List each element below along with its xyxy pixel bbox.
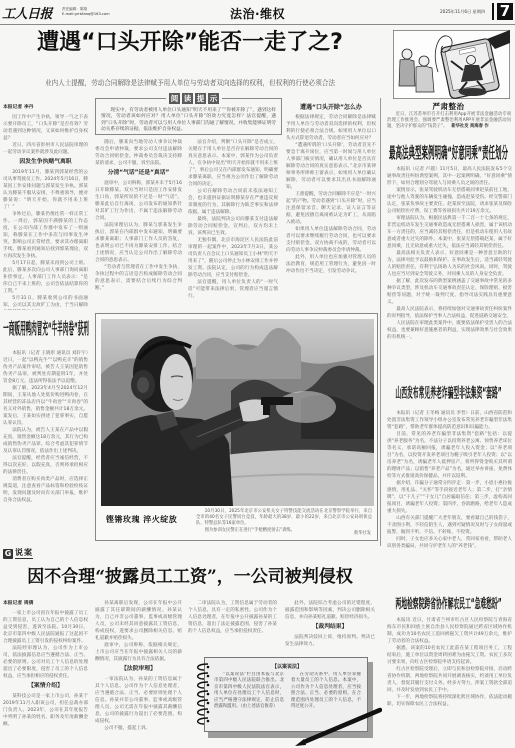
paragraph: “遭遇所谓的‘口头开除’，劳动者首先不要急于离开岗位，应当第一时间与用人单位人事…	[286, 142, 376, 191]
subhead: 因发生争执赌气离职	[3, 158, 88, 166]
newspaper-page: 工人日报 责任编辑：陈翔 E-mail:grrbfzwq@163.com 法治·…	[0, 0, 515, 748]
lead-column-b: 随后，滕某向当地劳动人事争议仲裁委员会申请仲裁，要求公司支付违法解除劳动合同赔偿…	[95, 139, 182, 310]
paragraph: 10月30日，2025年北京市公安机关女子特警技能交流活动在北京警察学院举行，来…	[196, 509, 372, 528]
case-column-2: 孙某离职后发现，公司在年报中公开披露了其任职期间的薪酬情况。孙某认为，自己并非公…	[95, 600, 182, 748]
reading-tip-tile: 读	[182, 93, 193, 104]
paragraph: 一家上市公司因在年报中披露了员工的工资信息，员工认为自己的个人信息权益受到侵害，…	[3, 610, 88, 645]
paragraph: 据介绍，诈骗分子通常分四步走：第一步，小恩小惠拉拢感情，用礼品、“关怀”等手段接…	[387, 480, 512, 515]
duck-meat-headline: 一商贩用鸭肉冒充“牛羊肉卷”获刑	[2, 323, 90, 340]
paragraph: 人民法院在审理此类案件中，既要依法保护受害人的合法权益，也要兼顾好意施惠者的利益…	[387, 320, 512, 341]
paragraph: 孙某离职后发现，公司在年报中公开披露了其任职期间的薪酬情况。孙某认为，自己并非公…	[95, 600, 182, 642]
lead-column-c: 法官介绍，判断“口头开除”是否成立，关键在于用人单位是否存在解除劳动合同的真实意…	[188, 139, 278, 310]
sidebar-heading: 遭遇“口头开除”怎么办	[286, 103, 376, 112]
lead-headline: 遭遇“口头开除”能否一走了之?	[10, 31, 370, 55]
byline: 本报记者 周倩	[3, 600, 88, 607]
paragraph: 此外，用人单位也应加强对管理人员的法治教育，规范用工管理行为，避免因一时冲动作出…	[286, 254, 376, 275]
paragraph: 本报讯（记者 卢越）11月5日，最高人民法院发布5个交通事故责任纠纷典型案例，其…	[387, 166, 512, 187]
shanxi-fraud-body: 本报讯（记者 王冬梅 通讯员 李晋）日前，山西省防范和处置非法集资工作领导小组办…	[387, 410, 512, 594]
case-headline: 因不合理“披露员工工资”，一公司被判侵权	[0, 567, 380, 587]
cartoon-credit: 新华社发 商海春 作	[451, 124, 488, 129]
paragraph: 据了解，2023年4月至2024年12月期间，王某从他人处低价购进鸭肉卷，在其经…	[3, 385, 88, 427]
paragraph: 王蕾提醒，劳动合同解除不应是“一时兴起”的产物。劳动者遇到“口头开除”时，应当注…	[286, 191, 376, 226]
subhead: 【法院审理】	[95, 665, 182, 673]
paragraph: 法院判决驳回上诉，维持原判。判决已发生法律效力。	[285, 634, 375, 648]
paragraph: 本报讯 近日，甘肃省兰州市红古区人民检察院与青海省海东市民和回族土族自治县人民检…	[387, 617, 512, 645]
paragraph: 案情显示，张某驾驶机动车无偿搭载同事赵某前往工地，途中与他人驾驶的车辆发生碰撞，…	[387, 187, 512, 215]
subhead: 分清“气话”还是“真话”	[95, 169, 182, 177]
paragraph: 5月17日起，滕某未再到公司上班。此后，滕某多次向公司人事部门询问离职补偿事宜，…	[3, 260, 88, 295]
spc-carpool-headline: 最高法典型案例明确“好意同乘”责任划分	[385, 146, 512, 163]
cartoon-illustration	[393, 30, 510, 99]
column-divider	[380, 98, 381, 546]
section-title: 法治·维权	[0, 5, 515, 22]
photo-title: 铿锵玫瑰 淬火绽放	[106, 514, 177, 525]
reading-tip-tile: 示	[208, 93, 219, 104]
paragraph: 法院认为，被告人王某在产品中以假充真，销售金额达18万余元，其行为已构成销售伪劣…	[3, 427, 88, 455]
duck-meat-body: 本报讯（记者 王晓彤 通讯员 刘轩宇）近日，一起“以鸭充牛”“以鸭充羊”的销售伪…	[3, 350, 88, 540]
paragraph: 本报讯（记者 王晓彤 通讯员 刘轩宇）近日，一起“以鸭充牛”“以鸭充羊”的销售伪…	[3, 350, 88, 385]
header-rule	[0, 24, 515, 25]
paragraph: 某科技公司是一家上市公司，孙某于2019年11月入职该公司，担任总裁办部门负责人…	[3, 693, 88, 728]
paragraph: 消费者在购买肉类产品时，应选择正规渠道，注意查看产品标签和检验检疫证明，发现问题…	[3, 476, 88, 504]
reading-tip-label: 阅 读 提 示	[166, 93, 222, 104]
byline: 本报记者 李丹	[3, 104, 88, 111]
cartoon-caption: 近日，江苏苏州市召开打击利用App开展非法金融活动专项治理工作推进会，强调要严肃…	[387, 112, 511, 130]
news-photo-frame: 铿锵玫瑰 淬火绽放 10月30日，2025年北京市公安机关女子特警技能交流活动在…	[95, 313, 378, 541]
paragraph: 审理法院认为，根据民法典第一千二百一十七条的规定，非营运机动车发生交通事故造成无…	[387, 215, 512, 250]
paragraph: 法院审理后认为，滕某与郭某发生争执后，郭某在内部群中发布通知，明确要求滕某离职；…	[95, 222, 182, 264]
page-number-bar	[492, 3, 494, 20]
spc-carpool-body: 本报讯（记者 卢越）11月5日，最高人民法院发布5个交通事故责任纠纷典型案例，其…	[387, 166, 512, 382]
procuratorate-headline: 两地检察院跨省协作解农民工“急难愁盼”	[385, 599, 512, 613]
paragraph: 二审法院认为，工资信息属于劳动者的个人信息，具有一定的私密性。公司作为个人信息处…	[188, 600, 277, 635]
paragraph: 根据法律规定，劳动合同解除是法律赋予用人单位与劳动者双向选择的权利，但权利的行使…	[286, 114, 376, 142]
paragraph: 争吵过后，滕某仍像往常一样正常工作。一周后，郭某因不满滕某的工作态度，在公司内部…	[3, 211, 88, 260]
paragraph: 公司在解除劳动合同前未依法通知工会，也未提供证据证明滕某存在严重违反规章制度的行…	[188, 188, 278, 216]
lead-column-a: 本报记者 李丹因工作中产生争执，领导一气之下表示要开除员工，“口头开除”是否有效…	[3, 104, 88, 310]
paragraph: 近日，四川省彭州市人民法院审理的一起劳动争议案件就涉及此问题。	[3, 142, 88, 156]
paragraph: 庭审中，公司辩称，郭某并未于5月16日开除滕某。双方当时只是因工作安排发生口角，…	[95, 180, 182, 222]
reading-tip-box: 阅 读 提 示 现实中，有劳动者被用人单位口头通知“明天不用来了”“你被开除了”…	[95, 98, 282, 135]
issue-date: 2025年11月6日 星期四	[440, 9, 485, 15]
case-column-1: 本报记者 周倩一家上市公司因在年报中披露了员工的工资信息，员工认为自己的个人信息…	[3, 600, 88, 748]
case-section-label: 说案	[15, 548, 33, 559]
photo-caption: 10月30日，2025年北京市公安机关女子特警技能交流活动在北京警察学院举行，来…	[196, 509, 372, 534]
paragraph: “劳动者与管理者在工作中发生争执，争执过程中的言语是否构成解除劳动合同的意思表示…	[95, 264, 182, 292]
paragraph: 5月31日，滕某收到公司的书面通知，公司以其无故旷工为由，于当日解除与滕某的劳动…	[3, 295, 88, 310]
paragraph: 下一步，两地检察院将持续深化跨区域协作，依法能动履职，切实保障农民工合法权益。	[387, 694, 512, 708]
paragraph: 最终，法院判决公司向滕某支付违法解除劳动合同赔偿金。宣判后，双方均未上诉，该判决…	[188, 216, 278, 237]
paragraph: 2019年11月，滕某到郭某经营的公司从事驾驶员工作。2024年5月16日，滕某…	[3, 169, 88, 211]
paragraph: 据了解，此次发布的典型案例涵盖了交通事故中常见的多种争议类型，涉及机动车交通事故…	[387, 278, 512, 306]
paragraph: 据悉，该案的10名农民工此前在某工程项目务工，工程结束后，施工单位以资金周转困难…	[387, 645, 512, 666]
paragraph: 图为参训女民警正在进行“手枪精度射击”训练。	[196, 528, 372, 534]
shanxi-fraud-headline: 山西发布常见养老诈骗型非法集资“套路”	[385, 388, 512, 402]
paragraph: 随后，滕某向当地劳动人事争议仲裁委员会申请仲裁，要求公司支付违法解除劳动合同赔偿…	[95, 139, 182, 167]
paragraph: 公司不服，提起上诉。	[95, 725, 182, 732]
cartoon-title: 严肃整治	[385, 101, 512, 112]
paragraph: 最高人民法院表示，将持续加强对交通事故责任纠纷案件的审判指导，依法保护当事人合法…	[387, 306, 512, 320]
paragraph: 庭审中，公司辩称，依据相关规定，上市公司应当在年报中披露相关人员的薪酬情况，其披…	[95, 642, 182, 663]
paragraph: 因工作中产生争执，领导一气之下表示要开除员工，“口头开除”是否有效？劳动者遇到这…	[3, 114, 88, 142]
paragraph: 本报讯（记者 王冬梅 通讯员 李晋）日前，山西省防范和处置非法集资工作领导小组办…	[387, 410, 512, 431]
page-number: 7	[497, 3, 513, 20]
paragraph: 法官提醒，经营者应当诚信经营，不得以次充好、以假充真，否则将承担相应的法律责任。	[3, 455, 88, 476]
paragraph: 山西有关部门提醒广大老年朋友，要看紧自己的钱袋子，不贪图小利，不轻信陌生人，遇到…	[387, 515, 512, 536]
paragraph: 红古区检察院受理后，立即与民和县检察院对接，启动跨省协作机制，两地检察院共同开展…	[387, 666, 512, 694]
case-section-icon: G	[3, 549, 13, 559]
sidebar-body: 根据法律规定，劳动合同解除是法律赋予用人单位与劳动者双向选择的权利，但权利的行使…	[286, 114, 376, 275]
paragraph: 目前，常见的养老诈骗型非法集资“套路”包括：以提供“养老服务”为名，不法分子以投…	[387, 431, 512, 480]
notebook-text-left: “以案说法”栏目由本报与北京市第四中级人民法院联合推出。北京市第四中级人民法院法…	[214, 672, 284, 728]
paragraph: 同时，子女也应多关心家中老人，常回家看看，帮助老人识别各类骗局，共同守护老年人的…	[387, 536, 512, 550]
paragraph: 法院经审理认为，公司作为上市公司，依法披露信息应当遵循合法、正当、必要的原则。公…	[3, 645, 88, 680]
reading-tip-tile: 阅	[169, 93, 180, 104]
case-column-4: 此外，法院综合考虑公司的过错程度、披露范围和影响等因素，判决公司删除相关信息，并…	[285, 600, 375, 654]
cartoon-caption-text: 近日，江苏苏州市召开打击利用App开展非法金融活动专项治理工作推进会，强调要严肃…	[387, 112, 511, 129]
paragraph: 如果用人单位违法解除劳动合同，劳动者可以要求继续履行劳动合同，也可以要求支付赔偿…	[286, 226, 376, 254]
paragraph: 法官介绍，判断“口头开除”是否成立，关键在于用人单位是否存在解除劳动合同的真实意…	[188, 139, 278, 188]
lead-sidebar: 遭遇“口头开除”怎么办 根据法律规定，劳动合同解除是法律赋予用人单位与劳动者双向…	[286, 103, 376, 310]
paragraph: 法官提醒，用人单位负责人的“一时气话”可能带来法律后果，管理者应当谨言慎行。	[188, 279, 278, 300]
subhead: 【裁判结果】	[285, 623, 375, 631]
policewoman-shooting-photo	[101, 319, 374, 506]
case-column-3: 二审法院认为，工资信息属于劳动者的个人信息，具有一定的私密性。公司作为个人信息处…	[188, 600, 277, 654]
paragraph: 一审法院认为，孙某的工资信息属于其个人信息。公司作为个人信息处理者，应当遵循合法…	[95, 676, 182, 725]
reading-tip-tile: 提	[195, 93, 206, 104]
lead-subtitle: 业内人士提醒，劳动合同解除是法律赋予用人单位与劳动者双向选择的权利，但权利的行使…	[10, 77, 370, 87]
paragraph: 最高法相关负责人表示，好意同乘是一种善意互助的行为，法律对此予以鼓励和保护。在事…	[387, 250, 512, 278]
notebook-title: 【以案说法】	[205, 663, 369, 670]
subhead: 【案情介绍】	[3, 682, 88, 690]
paragraph: 无独有偶，北京市海淀区人民法院此前审理的一起案件中，2023年7月3日，某公司负…	[188, 237, 278, 279]
reading-tip-text: 现实中，有劳动者被用人单位口头通知“明天不用来了”“你被开除了”，遇到这样情况，…	[101, 108, 276, 134]
paragraph: 此外，法院综合考虑公司的过错程度、披露范围和影响等因素，判决公司删除相关信息，并…	[285, 600, 375, 621]
photo-credit: 新华社发	[354, 530, 371, 536]
spiral-rings-icon	[193, 656, 213, 736]
procuratorate-body: 本报讯 近日，甘肃省兰州市红古区人民检察院与青海省海东市民和回族土族自治县人民检…	[387, 617, 512, 748]
pen-icon	[290, 700, 382, 748]
